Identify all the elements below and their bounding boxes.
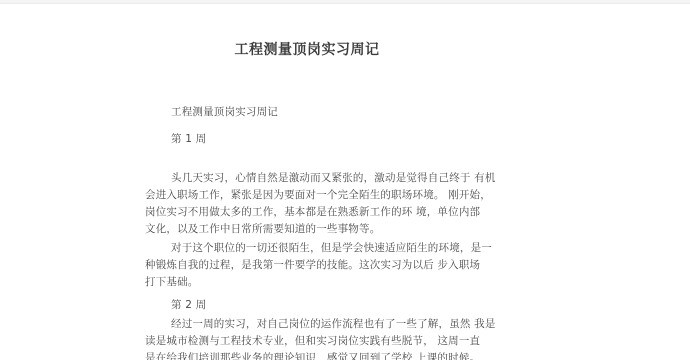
week-2-heading: 第 2 周 (145, 297, 469, 314)
week-1-heading: 第 1 周 (145, 131, 469, 148)
document-subtitle: 工程测量顶岗实习周记 (145, 104, 469, 121)
week-1-paragraph-1: 头几天实习，心情自然是激动而又紧张的，激动是觉得自己终于 有机 会进入职场工作，… (145, 170, 469, 238)
text-line: 经过一周的实习，对自己岗位的运作流程也有了一些了解，虽然 我是 (145, 316, 469, 333)
text-line: 会进入职场工作，紧张是因为要面对一个完全陌生的职场环境。 刚开始， (145, 187, 469, 204)
text-line: 打下基础。 (145, 274, 469, 291)
text-line: 头几天实习，心情自然是激动而又紧张的，激动是觉得自己终于 有机 (145, 170, 469, 187)
text-line: 对于这个职位的一切还很陌生，但是学会快速适应陌生的环境，是一 (145, 240, 469, 257)
week-2-paragraph-1: 经过一周的实习，对自己岗位的运作流程也有了一些了解，虽然 我是 读是城市检测与工… (145, 316, 469, 360)
text-line: 岗位实习不用做太多的工作，基本都是在熟悉新工作的环 境，单位内部 (145, 204, 469, 221)
document-page: 工程测量顶岗实习周记 工程测量顶岗实习周记 第 1 周 头几天实习，心情自然是激… (145, 4, 469, 360)
document-title: 工程测量顶岗实习周记 (145, 40, 469, 60)
week-1-paragraph-2: 对于这个职位的一切还很陌生，但是学会快速适应陌生的环境，是一 种锻炼自我的过程，… (145, 240, 469, 291)
text-line: 文化，以及工作中日常所需要知道的一些事物等。 (145, 221, 469, 238)
text-line: 读是城市检测与工程技术专业，但和实习岗位实践有些脱节， 这周一直 (145, 333, 469, 350)
text-line: 是在给我们培训那些业务的理论知识，感觉又回到了学校 上课的时候。 (145, 350, 469, 360)
text-line: 种锻炼自我的过程，是我第一件要学的技能。这次实习为以后 步入职场 (145, 257, 469, 274)
